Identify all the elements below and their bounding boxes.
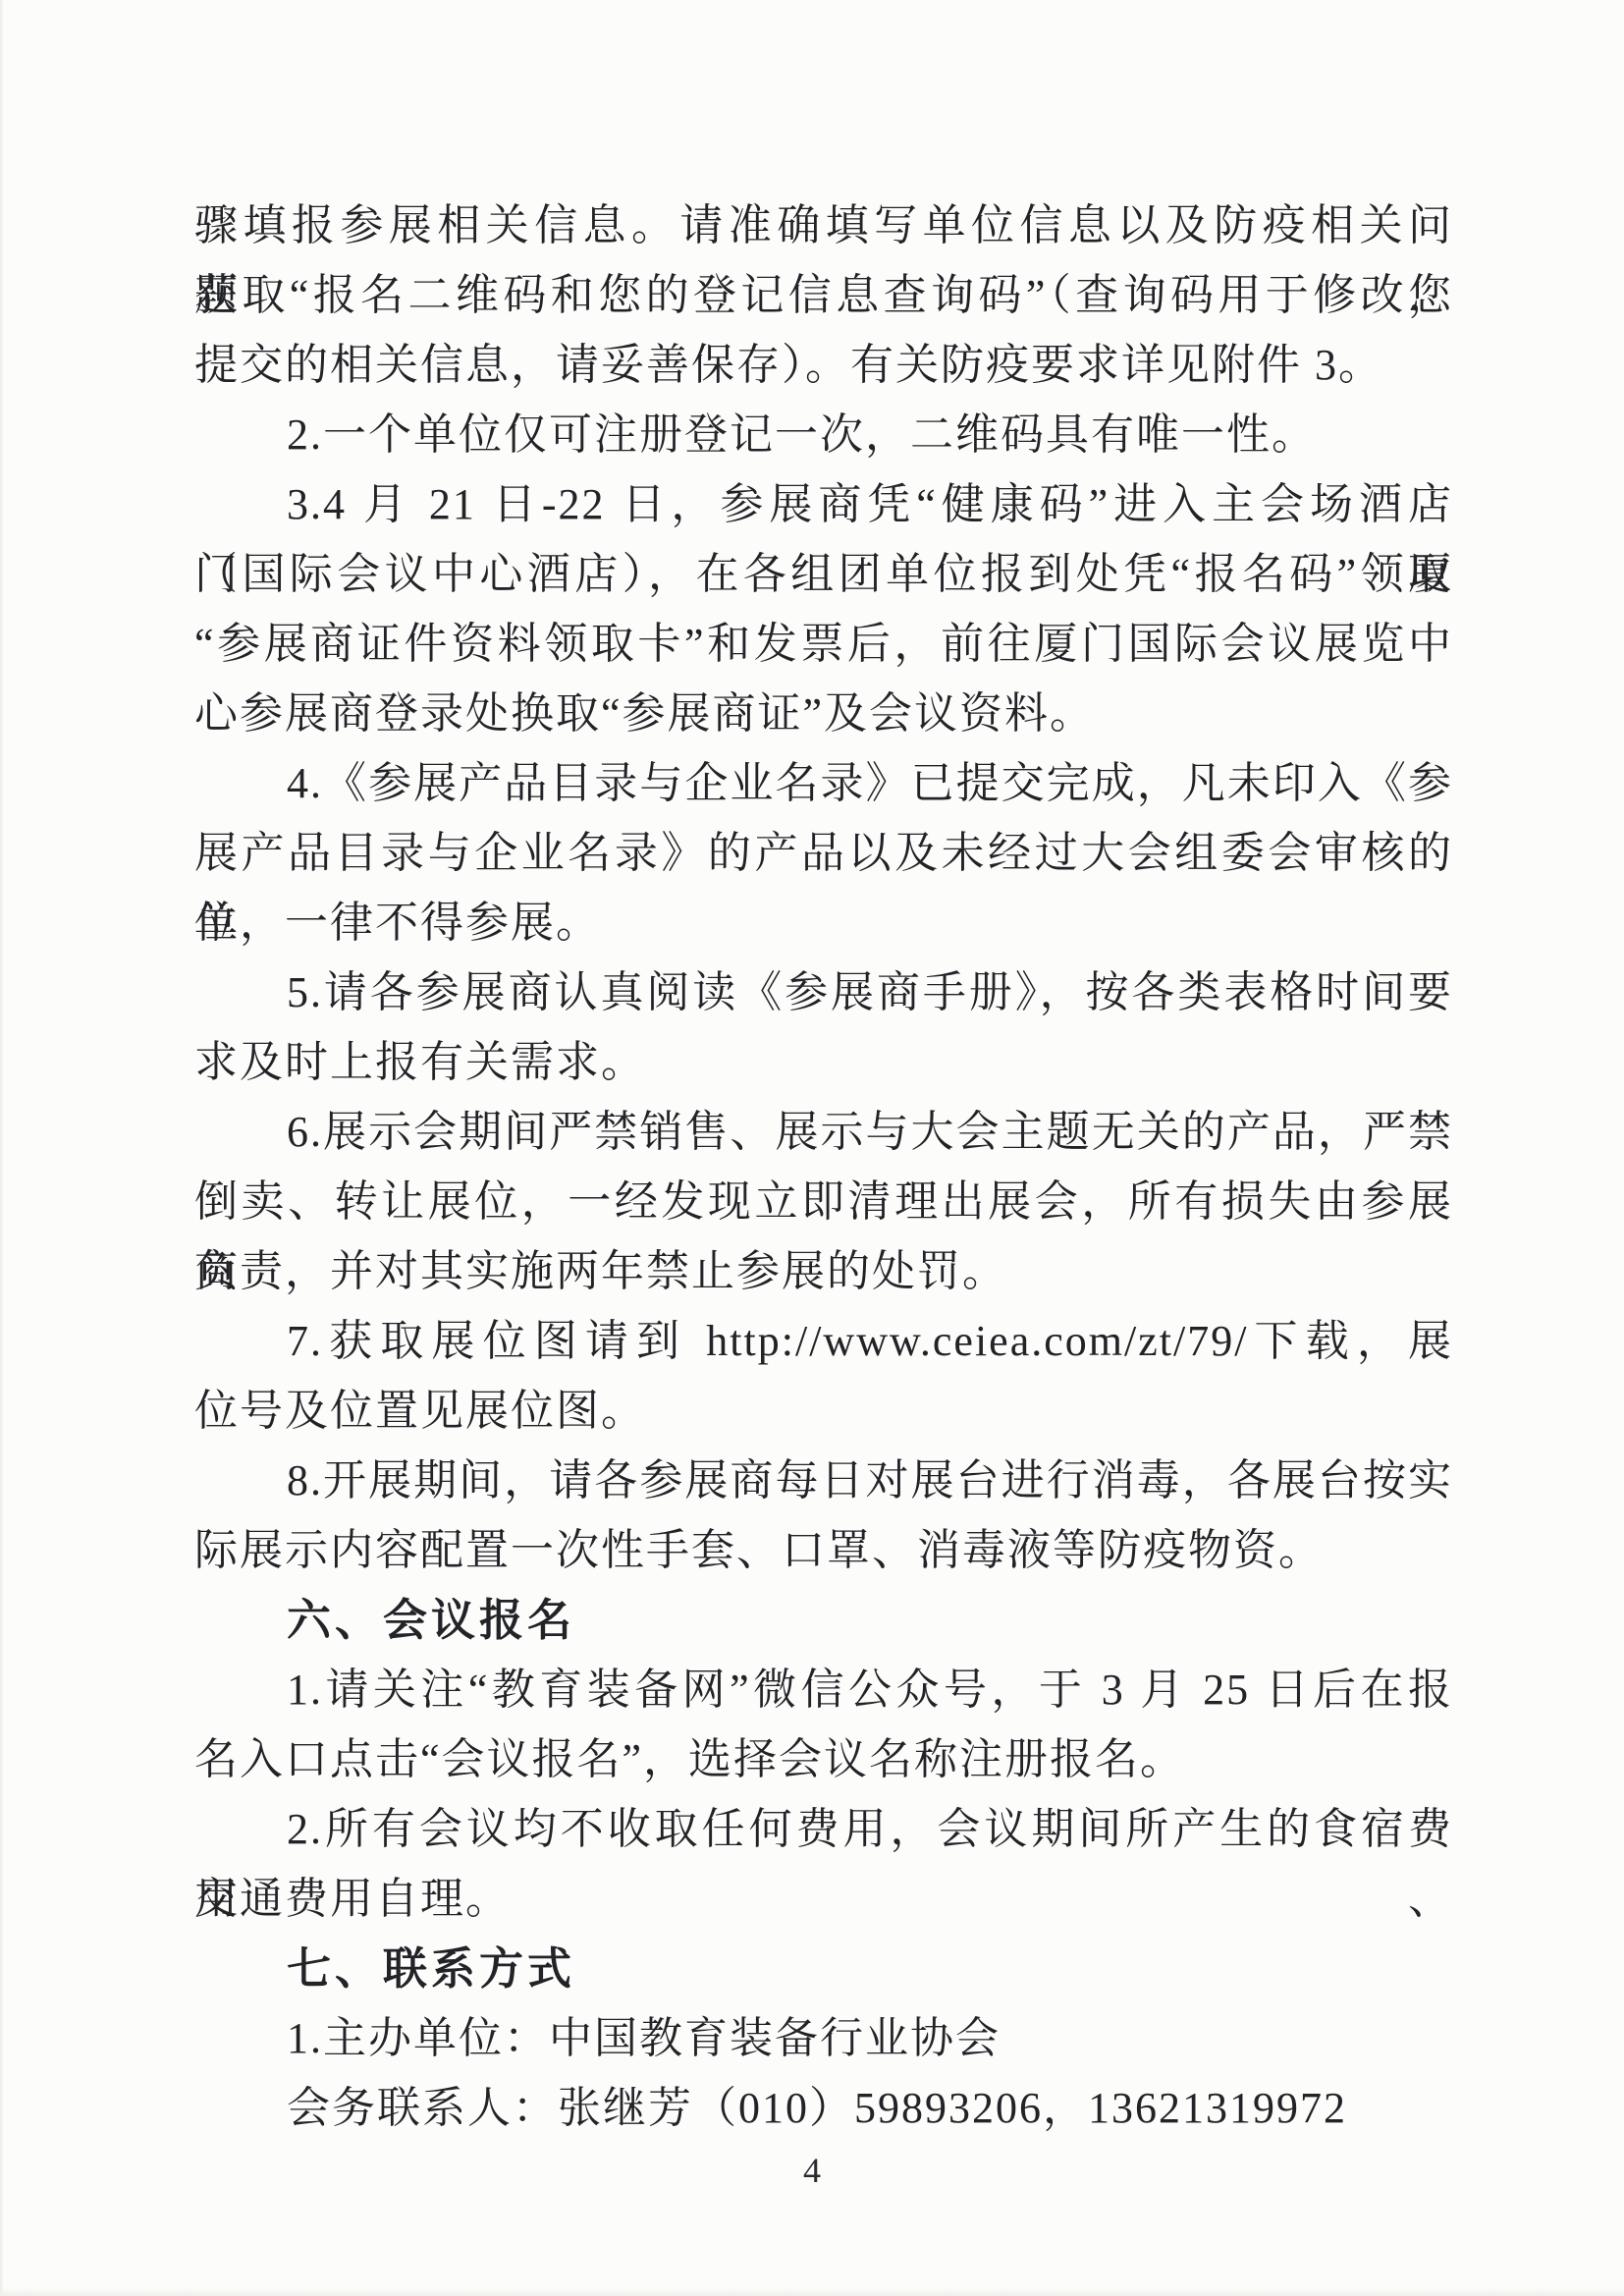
text-line: 6.展示会期间严禁销售、展示与大会主题无关的产品，严禁 (194, 1097, 1453, 1167)
text-line: 名入口点击“会议报名”，选择会议名称注册报名。 (194, 1724, 1453, 1794)
text-line: 2.所有会议均不收取任何费用，会议期间所产生的食宿费用、 (194, 1794, 1453, 1864)
text-line: “参展商证件资料领取卡”和发票后，前往厦门国际会议展览中 (194, 609, 1453, 679)
text-line: 7.获取展位图请到 http://www.ceiea.com/zt/79/下载，… (194, 1306, 1453, 1376)
text-line: 1.请关注“教育装备网”微信公众号，于 3 月 25 日后在报 (194, 1655, 1453, 1724)
text-line: 3.4 月 21 日-22 日，参展商凭“健康码”进入主会场酒店（厦 (194, 469, 1453, 539)
text-line: 4.《参展产品目录与企业名录》已提交完成，凡未印入《参 (194, 748, 1453, 818)
text-line: 2.一个单位仅可注册登记一次，二维码具有唯一性。 (194, 400, 1453, 469)
section-heading: 七、联系方式 (194, 1934, 1453, 2003)
page-number: 4 (0, 2149, 1624, 2192)
text-line: 求及时上报有关需求。 (194, 1027, 1453, 1097)
text-line: 倒卖、转让展位，一经发现立即清理出展会，所有损失由参展商 (194, 1167, 1453, 1236)
text-line: 门国际会议中心酒店），在各组团单位报到处凭“报名码”领取 (194, 539, 1453, 609)
document-text-block: 骤填报参展相关信息。请准确填写单位信息以及防疫相关问题，获取“报名二维码和您的登… (194, 191, 1453, 2143)
text-line: 8.开展期间，请各参展商每日对展台进行消毒，各展台按实 (194, 1446, 1453, 1515)
text-line: 展产品目录与企业名录》的产品以及未经过大会组委会审核的单 (194, 818, 1453, 888)
text-line: 5.请各参展商认真阅读《参展商手册》，按各类表格时间要 (194, 957, 1453, 1027)
text-line: 心参展商登录处换取“参展商证”及会议资料。 (194, 679, 1453, 748)
text-line: 负责，并对其实施两年禁止参展的处罚。 (194, 1236, 1453, 1306)
text-line: 际展示内容配置一次性手套、口罩、消毒液等防疫物资。 (194, 1515, 1453, 1585)
text-line: 获取“报名二维码和您的登记信息查询码”（查询码用于修改您 (194, 260, 1453, 330)
text-line: 位，一律不得参展。 (194, 888, 1453, 957)
section-heading: 六、会议报名 (194, 1585, 1453, 1655)
text-line: 会务联系人：张继芳（010）59893206，13621319972 (194, 2073, 1453, 2143)
text-line: 位号及位置见展位图。 (194, 1376, 1453, 1446)
text-line: 骤填报参展相关信息。请准确填写单位信息以及防疫相关问题， (194, 191, 1453, 260)
text-line: 提交的相关信息，请妥善保存）。有关防疫要求详见附件 3。 (194, 330, 1453, 400)
document-page: 骤填报参展相关信息。请准确填写单位信息以及防疫相关问题，获取“报名二维码和您的登… (0, 0, 1624, 2296)
text-line: 1.主办单位：中国教育装备行业协会 (194, 2003, 1453, 2073)
